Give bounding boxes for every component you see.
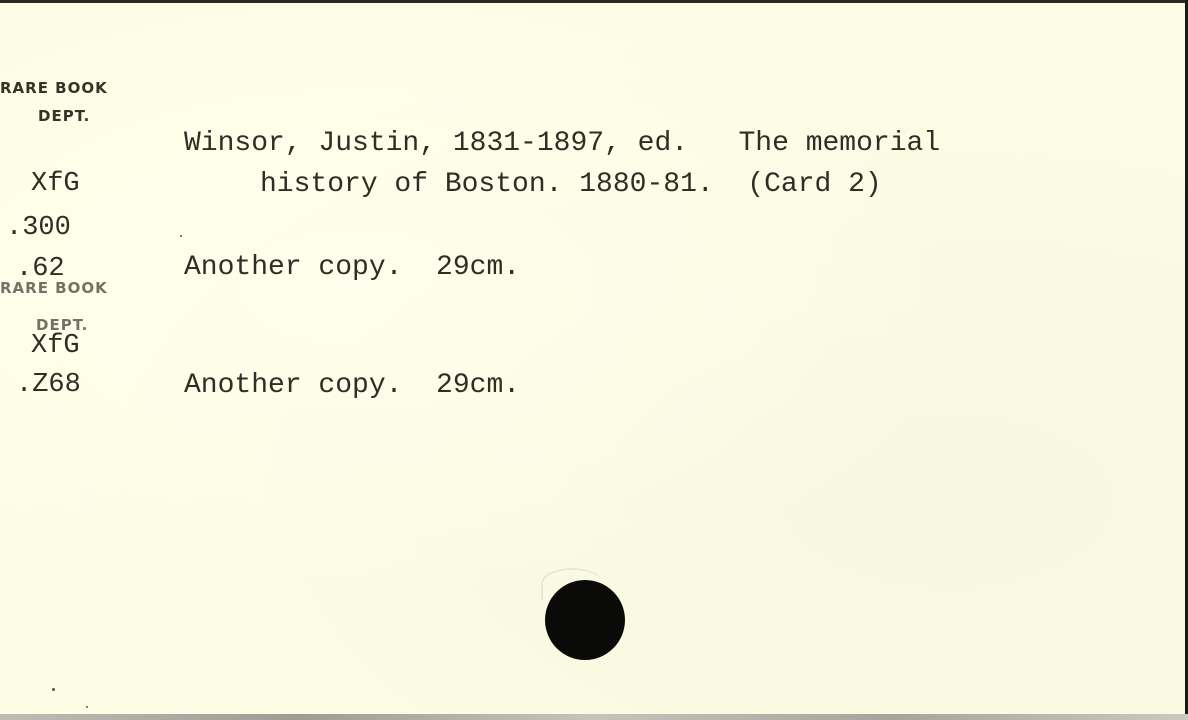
call-number-1-cutter: .300 bbox=[6, 213, 71, 243]
call-number-2-cutter: .Z68 bbox=[16, 370, 81, 400]
speck bbox=[180, 235, 182, 237]
speck bbox=[52, 688, 55, 691]
copy-note-1: Another copy. 29cm. bbox=[184, 252, 520, 283]
call-number-2-class: XfG bbox=[31, 331, 80, 361]
location-stamp-2-line1: RARE BOOK bbox=[0, 279, 108, 297]
location-stamp-1-line1: RARE BOOK bbox=[0, 79, 108, 97]
main-entry-line1: Winsor, Justin, 1831-1897, ed. The memor… bbox=[184, 128, 940, 159]
catalog-card: RARE BOOK DEPT. XfG .300 .62 RARE BOOK D… bbox=[0, 3, 1185, 715]
copy-note-2: Another copy. 29cm. bbox=[184, 370, 520, 401]
main-entry-line2: history of Boston. 1880-81. (Card 2) bbox=[260, 169, 882, 200]
speck bbox=[86, 706, 88, 708]
location-stamp-1-line2: DEPT. bbox=[38, 107, 90, 125]
filing-rod-hole-icon bbox=[545, 580, 625, 660]
card-bottom-edge bbox=[0, 714, 1188, 720]
call-number-1-class: XfG bbox=[31, 169, 80, 199]
